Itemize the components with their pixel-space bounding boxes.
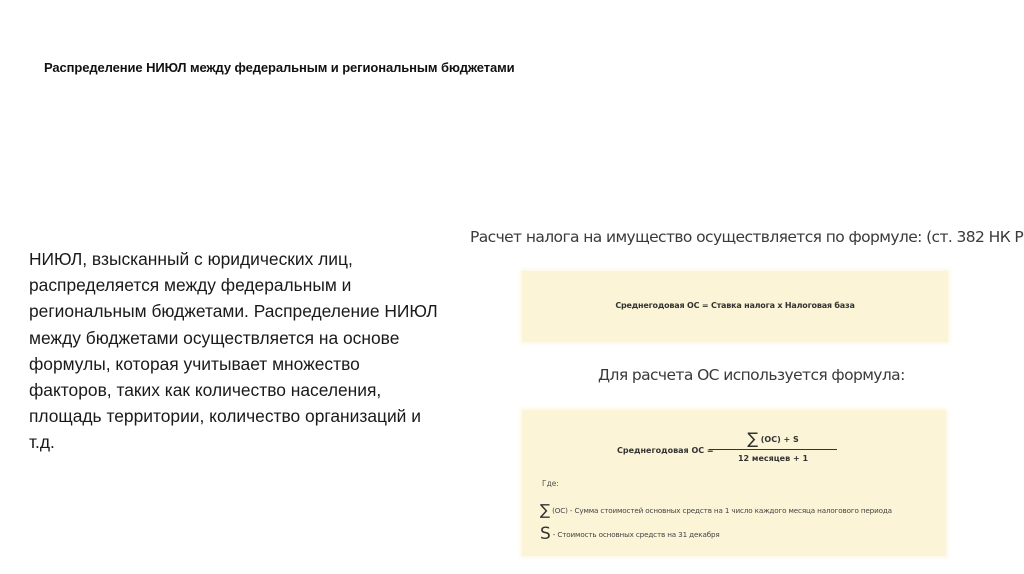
legend-item-sum: ∑ (ОС) - Сумма стоимостей основных средс… bbox=[540, 501, 892, 519]
tax-formula: Среднегодовая ОС = Ставка налога х Налог… bbox=[522, 301, 948, 310]
body-paragraph: НИЮЛ, взысканный с юридических лиц, расп… bbox=[29, 246, 439, 456]
sigma-icon: ∑ bbox=[540, 501, 550, 519]
legend-item-s: S - Стоимость основных средств на 31 дек… bbox=[540, 524, 720, 544]
formula-heading-os: Для расчета ОС используется формула: bbox=[598, 366, 905, 384]
numerator-text: (ОС) + S bbox=[761, 435, 799, 444]
formula-box-tax: Среднегодовая ОС = Ставка налога х Налог… bbox=[522, 271, 948, 342]
s-symbol: S bbox=[540, 524, 551, 544]
formula-heading-tax: Расчет налога на имущество осуществляетс… bbox=[470, 228, 1024, 246]
formula-box-os: Среднегодовая ОС = ∑ (ОС) + S 12 месяцев… bbox=[522, 410, 946, 556]
formula-lhs: Среднегодовая ОС = bbox=[617, 446, 714, 455]
slide-title: Распределение НИЮЛ между федеральным и р… bbox=[44, 60, 515, 75]
legend-text: - Стоимость основных средств на 31 декаб… bbox=[553, 530, 720, 539]
legend-text: (ОС) - Сумма стоимостей основных средств… bbox=[552, 506, 892, 515]
fraction-bar bbox=[709, 449, 837, 450]
where-label: Где: bbox=[542, 479, 559, 488]
fraction-denominator: 12 месяцев + 1 bbox=[709, 454, 837, 463]
sigma-icon: ∑ bbox=[747, 429, 758, 448]
fraction-numerator: ∑ (ОС) + S bbox=[709, 430, 837, 448]
fraction: ∑ (ОС) + S 12 месяцев + 1 bbox=[709, 430, 837, 463]
